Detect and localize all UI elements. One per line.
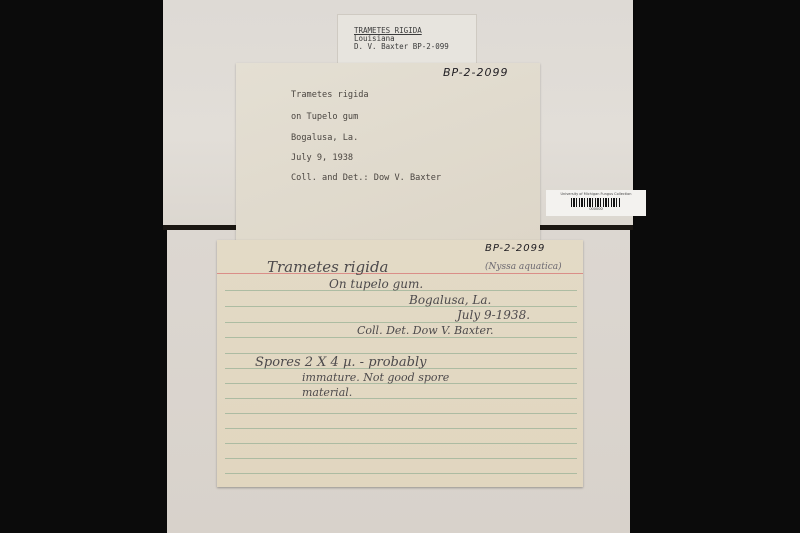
ruled-line xyxy=(225,443,577,444)
ruled-line xyxy=(225,428,577,429)
ruled-line xyxy=(225,322,577,323)
hw-spores-note: immature. Not good spore xyxy=(302,371,449,384)
hw-spores: Spores 2 X 4 µ. - probably xyxy=(255,355,426,370)
hw-taxon: Trametes rigida xyxy=(267,258,389,276)
ruled-line xyxy=(225,337,577,338)
typed-card-catalog-number: BP-2-2099 xyxy=(443,66,509,79)
hw-host: On tupelo gum. xyxy=(329,277,423,291)
typed-card-taxon: Trametes rigida xyxy=(291,90,369,100)
ruled-line xyxy=(225,398,577,399)
ruled-line xyxy=(225,306,577,307)
barcode-institution: University of Michigan Fungus Collection xyxy=(546,192,646,197)
hw-date: July 9-1938. xyxy=(457,308,530,322)
barcode-label: University of Michigan Fungus Collection… xyxy=(546,190,646,216)
typed-card-host: on Tupelo gum xyxy=(291,112,358,122)
index-card-catalog-number: BP-2-2099 xyxy=(485,243,545,254)
typed-card-collector: Coll. and Det.: Dow V. Baxter xyxy=(291,173,441,183)
hw-material: material. xyxy=(302,386,352,399)
barcode-icon xyxy=(571,198,621,207)
ruled-line xyxy=(225,473,577,474)
ruled-line xyxy=(225,413,577,414)
hw-locality: Bogalusa, La. xyxy=(409,293,491,307)
box-label-collector: D. V. Baxter BP-2-099 xyxy=(354,43,476,51)
typed-card-date: July 9, 1938 xyxy=(291,153,353,163)
hw-collector: Coll. Det. Dow V. Baxter. xyxy=(357,324,494,337)
hw-host-latin: (Nyssa aquatica) xyxy=(485,262,562,272)
ruled-line xyxy=(225,353,577,354)
typed-card-locality: Bogalusa, La. xyxy=(291,133,358,143)
barcode-number: 000000 xyxy=(546,207,646,212)
handwritten-index-card: BP-2-2099 Trametes rigida (Nyssa aquatic… xyxy=(217,240,583,487)
ruled-line xyxy=(225,458,577,459)
box-label: TRAMETES RIGIDA Louisiana D. V. Baxter B… xyxy=(337,14,477,64)
typed-specimen-card: BP-2-2099 Trametes rigida on Tupelo gum … xyxy=(236,63,540,245)
